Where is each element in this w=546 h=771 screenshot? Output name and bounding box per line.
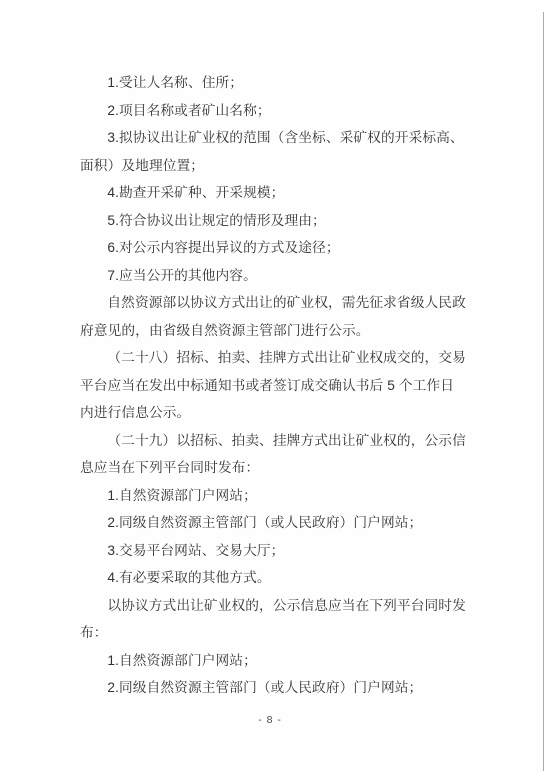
text-line: 1.自然资源部门户网站； xyxy=(80,482,472,510)
text-line: 7.应当公开的其他内容。 xyxy=(80,262,472,290)
page-number: - 8 - xyxy=(0,712,540,728)
text-line: （二十九）以招标、拍卖、挂牌方式出让矿业权的，公示信 xyxy=(80,427,472,455)
text-line: 府意见的，由省级自然资源主管部门进行公示。 xyxy=(80,317,472,345)
text-line: 5.符合协议出让规定的情形及理由； xyxy=(80,207,472,235)
document-body: 1.受让人名称、住所； 2.项目名称或者矿山名称； 3.拟协议出让矿业权的范围（… xyxy=(80,69,472,702)
text-line: 自然资源部以协议方式出让的矿业权，需先征求省级人民政 xyxy=(80,289,472,317)
page-edge-divider xyxy=(543,12,544,771)
text-line: 面积）及地理位置； xyxy=(80,152,472,180)
text-line: （二十八）招标、拍卖、挂牌方式出让矿业权成交的，交易 xyxy=(80,344,472,372)
text-line: 4.勘查开采矿种、开采规模； xyxy=(80,179,472,207)
text-line: 4.有必要采取的其他方式。 xyxy=(80,564,472,592)
text-line: 1.受让人名称、住所； xyxy=(80,69,472,97)
text-line: 内进行信息公示。 xyxy=(80,399,472,427)
text-line: 以协议方式出让矿业权的，公示信息应当在下列平台同时发 xyxy=(80,592,472,620)
text-line: 1.自然资源部门户网站； xyxy=(80,647,472,675)
text-line: 3.拟协议出让矿业权的范围（含坐标、采矿权的开采标高、 xyxy=(80,124,472,152)
text-line: 6.对公示内容提出异议的方式及途径； xyxy=(80,234,472,262)
text-line: 2.同级自然资源主管部门（或人民政府）门户网站； xyxy=(80,509,472,537)
text-line: 3.交易平台网站、交易大厅； xyxy=(80,537,472,565)
text-line: 息应当在下列平台同时发布： xyxy=(80,454,472,482)
text-line: 2.项目名称或者矿山名称； xyxy=(80,97,472,125)
text-line: 平台应当在发出中标通知书或者签订成交确认书后 5 个工作日 xyxy=(80,372,472,400)
text-line: 布： xyxy=(80,619,472,647)
text-line: 2.同级自然资源主管部门（或人民政府）门户网站； xyxy=(80,674,472,702)
